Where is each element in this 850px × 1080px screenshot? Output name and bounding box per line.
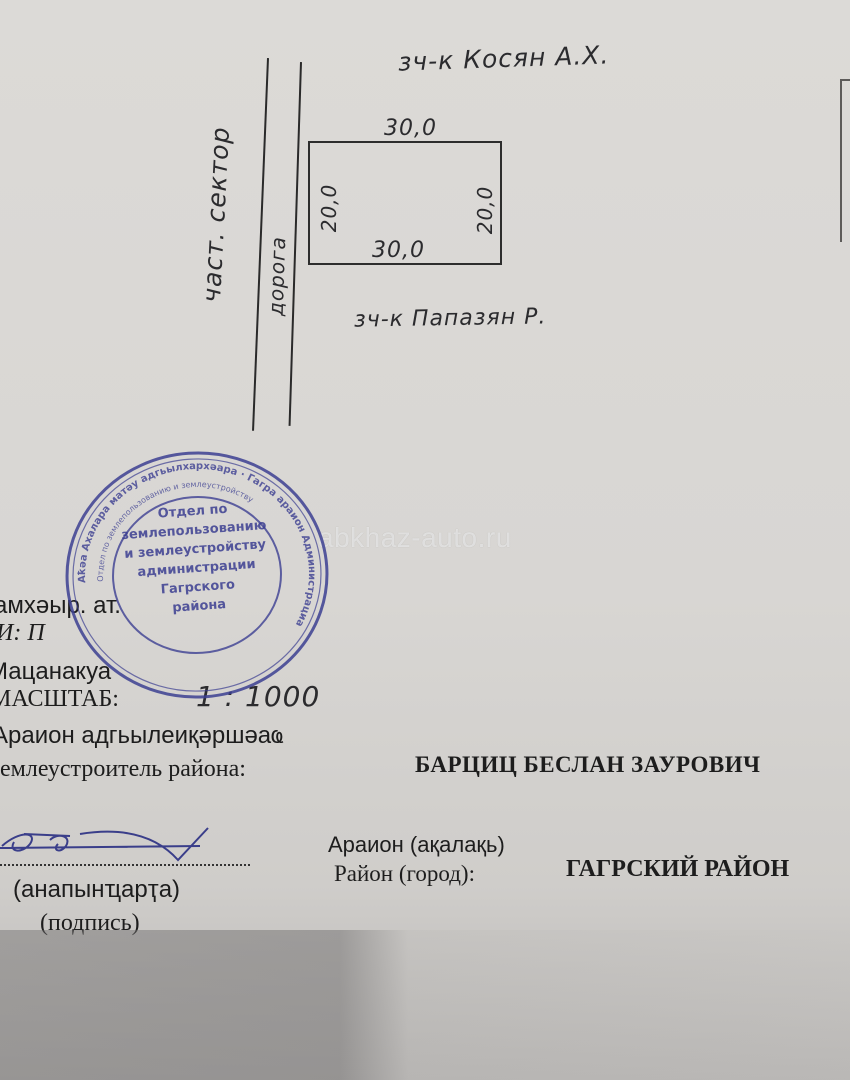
dimension-left: 20,0: [317, 183, 341, 233]
district-value: ГАГРСКИЙ РАЙОН: [566, 856, 789, 883]
official-label-abkhaz: Араион адгьылеиқәршәаҩ: [0, 722, 284, 750]
signature-label-abkhaz: (анапынҵарҭа): [13, 876, 180, 904]
paper-edge-line: [840, 80, 842, 242]
photo-shadow: [0, 930, 850, 1080]
signature-line: [0, 864, 250, 866]
dimension-right: 20,0: [473, 185, 497, 235]
official-stamp: Аҟәа Ахалара матәу адгьылхархәара · Гагр…: [54, 441, 341, 709]
road-label: дорога: [263, 231, 290, 322]
field-line2: И: П: [0, 620, 45, 647]
watermark: abkhaz-auto.ru: [318, 522, 512, 554]
district-label-abkhaz: Араион (ақалақь): [328, 832, 505, 858]
private-sector-label: част. сектор: [195, 94, 237, 335]
stamp-center-text: Отдел по землепользованию и землеустройс…: [57, 493, 334, 626]
district-label: Район (город):: [334, 861, 475, 887]
signature-label: (подпись): [40, 910, 140, 937]
signature-scribble: [0, 818, 220, 868]
road-line-right: [289, 62, 302, 426]
paper-edge-top: [840, 79, 850, 81]
neighbor-top-label: зч-к Косян А.Х.: [398, 40, 610, 76]
neighbor-bottom-label: зч-к Папазян Р.: [354, 304, 547, 332]
official-label: Землеустроитель района:: [0, 756, 246, 783]
dimension-top: 30,0: [384, 116, 437, 141]
dimension-bottom: 30,0: [372, 238, 425, 263]
official-name: БАРЦИЦ БЕСЛАН ЗАУРОВИЧ: [415, 752, 760, 778]
